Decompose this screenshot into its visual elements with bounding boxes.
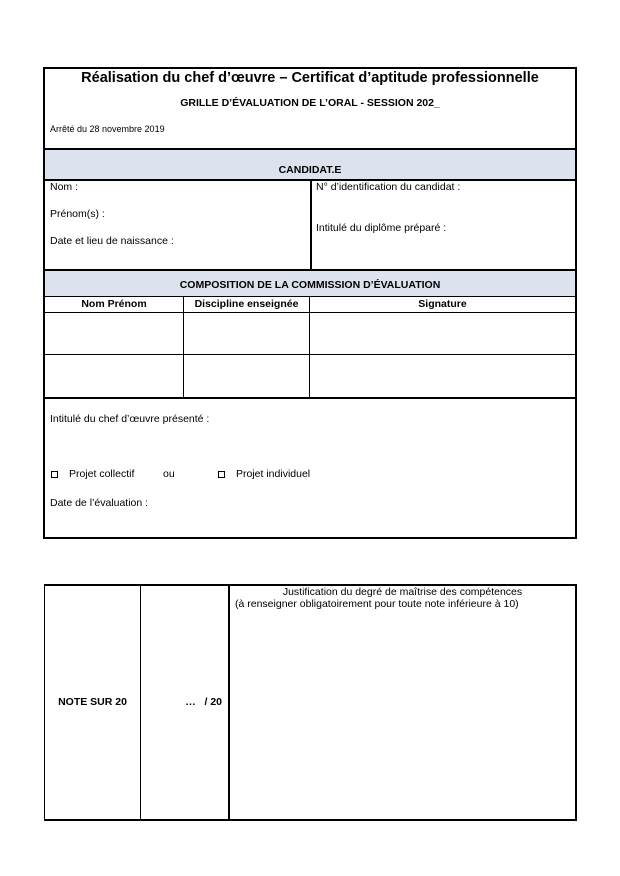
justification-heading: Justification du degré de maîtrise des c… <box>230 587 575 598</box>
note-label: NOTE SUR 20 <box>45 697 140 708</box>
divider <box>310 180 312 270</box>
note-value-field[interactable]: … / 20 <box>141 697 222 708</box>
or-separator: ou <box>163 469 175 480</box>
justification-text-area[interactable] <box>231 615 575 819</box>
commission-row-2-discipline-cell[interactable] <box>184 355 309 397</box>
decree-reference: Arrêté du 28 novembre 2019 <box>50 125 165 134</box>
divider <box>43 148 577 150</box>
individual-project-label: Projet individuel <box>236 469 310 480</box>
first-name-field[interactable]: Prénom(s) : <box>50 209 105 220</box>
individual-project-checkbox[interactable] <box>218 471 225 478</box>
document-title: Réalisation du chef d’œuvre – Certificat… <box>45 71 575 86</box>
commission-row-2-signature-cell[interactable] <box>310 355 575 397</box>
commission-row-1-signature-cell[interactable] <box>310 313 575 354</box>
commission-row-1-discipline-cell[interactable] <box>184 313 309 354</box>
commission-row-1-name-cell[interactable] <box>45 313 183 354</box>
divider <box>228 585 230 820</box>
birth-date-place-field[interactable]: Date et lieu de naissance : <box>50 236 174 247</box>
divider <box>43 296 577 297</box>
justification-instruction: (à renseigner obligatoirement pour toute… <box>235 599 519 610</box>
collective-project-label: Projet collectif <box>69 469 134 480</box>
column-header-name: Nom Prénom <box>45 299 183 310</box>
commission-header: COMPOSITION DE LA COMMISSION D’ÉVALUATIO… <box>45 280 575 291</box>
divider <box>43 397 577 399</box>
column-header-discipline: Discipline enseignée <box>184 299 309 310</box>
last-name-field[interactable]: Nom : <box>50 182 78 193</box>
diploma-title-field[interactable]: Intitulé du diplôme préparé : <box>316 223 446 234</box>
collective-project-checkbox[interactable] <box>51 471 58 478</box>
evaluation-date-field[interactable]: Date de l’évaluation : <box>50 498 148 509</box>
commission-row-2-name-cell[interactable] <box>45 355 183 397</box>
document-subtitle: GRILLE D’ÉVALUATION DE L’ORAL - SESSION … <box>45 98 575 109</box>
column-header-signature: Signature <box>310 299 575 310</box>
project-title-field[interactable]: Intitulé du chef d’œuvre présenté : <box>50 414 209 425</box>
candidate-id-field[interactable]: N° d’identification du candidat : <box>316 182 460 193</box>
candidate-header: CANDIDAT.E <box>45 165 575 176</box>
